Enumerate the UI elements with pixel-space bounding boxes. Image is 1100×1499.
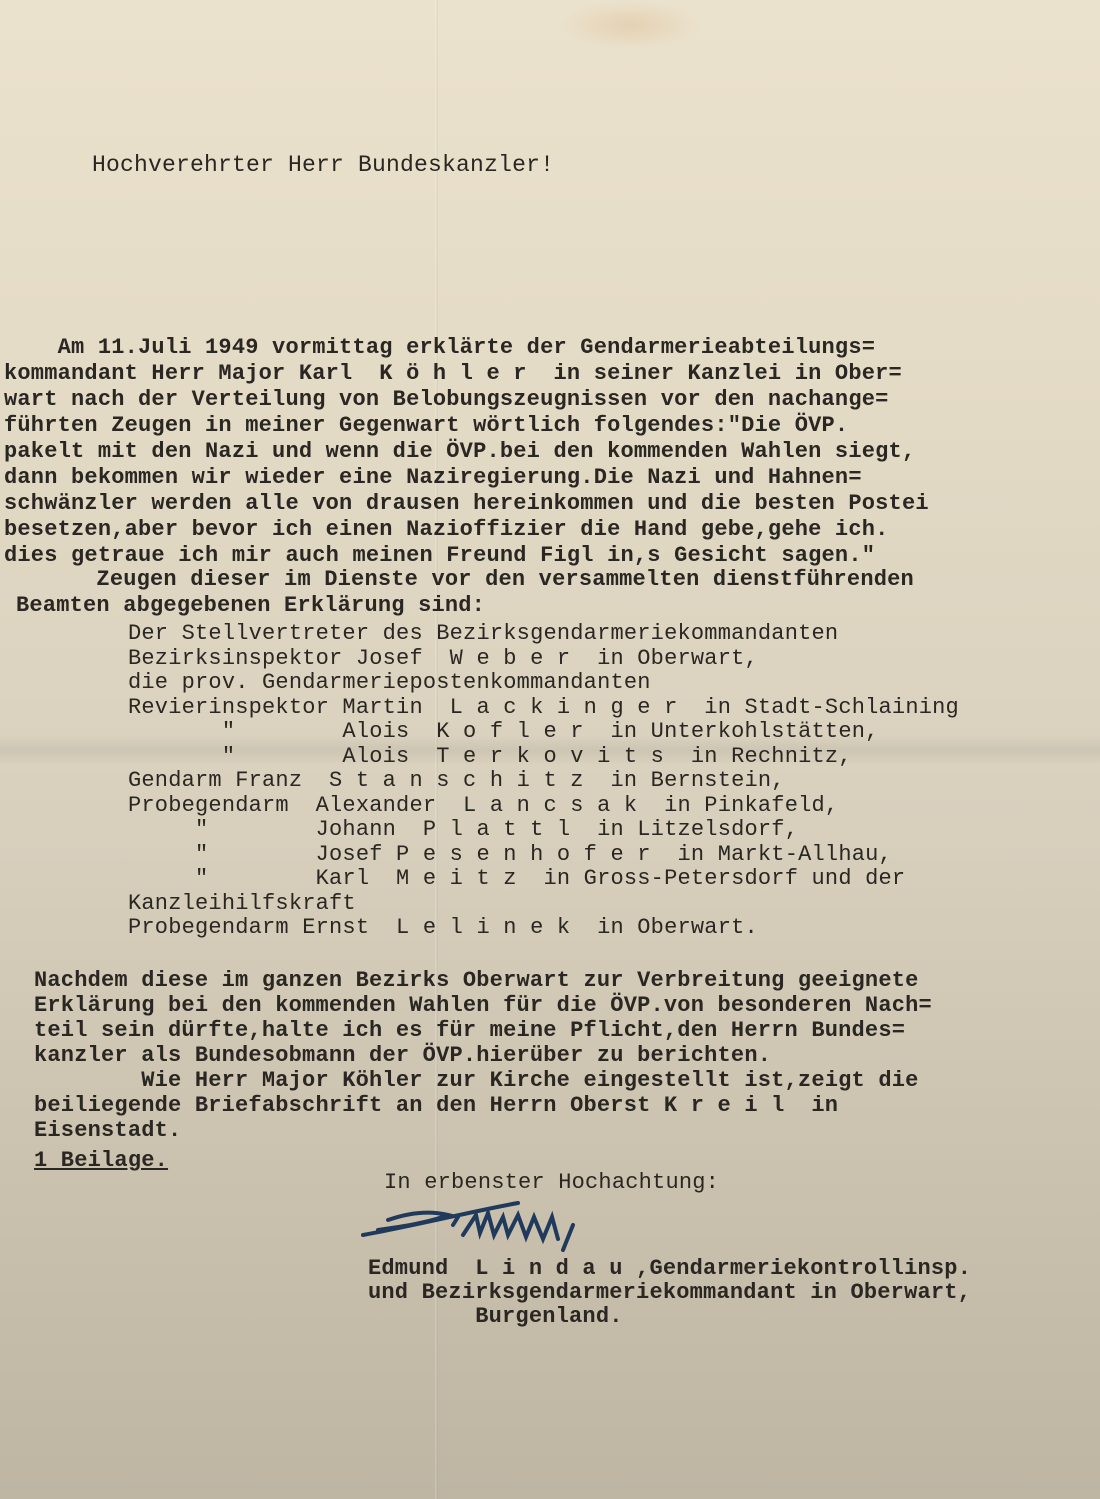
text-line: besetzen,aber bevor ich einen Nazioffizi…: [4, 517, 889, 543]
witness-line: Gendarm Franz S t a n s c h i t z in Ber…: [128, 768, 785, 794]
text-line: Am 11.Juli 1949 vormittag erklärte der G…: [4, 335, 875, 361]
signature-line: Burgenland.: [368, 1304, 623, 1330]
text-line: kommandant Herr Major Karl K ö h l e r i…: [4, 361, 902, 387]
text-line: Wie Herr Major Köhler zur Kirche eingest…: [34, 1068, 919, 1094]
witness-line: " Alois K o f l e r in Unterkohlstätten,: [128, 719, 879, 745]
text-line: schwänzler werden alle von drausen herei…: [4, 491, 929, 517]
signature-line: Edmund L i n d a u ,Gendarmeriekontrolli…: [368, 1256, 971, 1282]
salutation: Hochverehrter Herr Bundeskanzler!: [92, 152, 554, 178]
handwritten-signature: [358, 1195, 718, 1255]
witness-line: Der Stellvertreter des Bezirksgendarmeri…: [128, 621, 838, 647]
witness-line: Probegendarm Ernst L e l i n e k in Ober…: [128, 915, 758, 941]
witness-line: Bezirksinspektor Josef W e b e r in Ober…: [128, 646, 758, 672]
witness-line: " Josef P e s e n h o f e r in Markt-All…: [128, 842, 892, 868]
witness-line: " Karl M e i t z in Gross-Petersdorf und…: [128, 866, 905, 892]
text-line: Beamten abgegebenen Erklärung sind:: [16, 593, 485, 619]
text-line: beiliegende Briefabschrift an den Herrn …: [34, 1093, 838, 1119]
text-line: Zeugen dieser im Dienste vor den versamm…: [16, 567, 914, 593]
text-line: pakelt mit den Nazi und wenn die ÖVP.bei…: [4, 439, 915, 465]
witness-line: " Alois T e r k o v i t s in Rechnitz,: [128, 744, 852, 770]
enclosure-note: 1 Beilage.: [34, 1148, 168, 1174]
witness-line: " Johann P l a t t l in Litzelsdorf,: [128, 817, 798, 843]
text-line: führten Zeugen in meiner Gegenwart wörtl…: [4, 413, 848, 439]
text-line: Erklärung bei den kommenden Wahlen für d…: [34, 993, 932, 1019]
text-line: teil sein dürfte,halte ich es für meine …: [34, 1018, 905, 1044]
witness-line: Kanzleihilfskraft: [128, 891, 356, 917]
text-line: dann bekommen wir wieder eine Naziregier…: [4, 465, 862, 491]
paper-stain: [560, 0, 700, 50]
closing-line: In erbenster Hochachtung:: [384, 1170, 719, 1196]
text-line: dies getraue ich mir auch meinen Freund …: [4, 543, 875, 569]
witness-line: Probegendarm Alexander L a n c s a k in …: [128, 793, 838, 819]
text-line: wart nach der Verteilung von Belobungsze…: [4, 387, 889, 413]
witness-line: Revierinspektor Martin L a c k i n g e r…: [128, 695, 959, 721]
witness-line: die prov. Gendarmeriepostenkommandanten: [128, 670, 651, 696]
text-line: kanzler als Bundesobmann der ÖVP.hierübe…: [34, 1043, 771, 1069]
text-line: Eisenstadt.: [34, 1118, 181, 1144]
text-line: Nachdem diese im ganzen Bezirks Oberwart…: [34, 968, 919, 994]
signature-line: und Bezirksgendarmeriekommandant in Ober…: [368, 1280, 971, 1306]
